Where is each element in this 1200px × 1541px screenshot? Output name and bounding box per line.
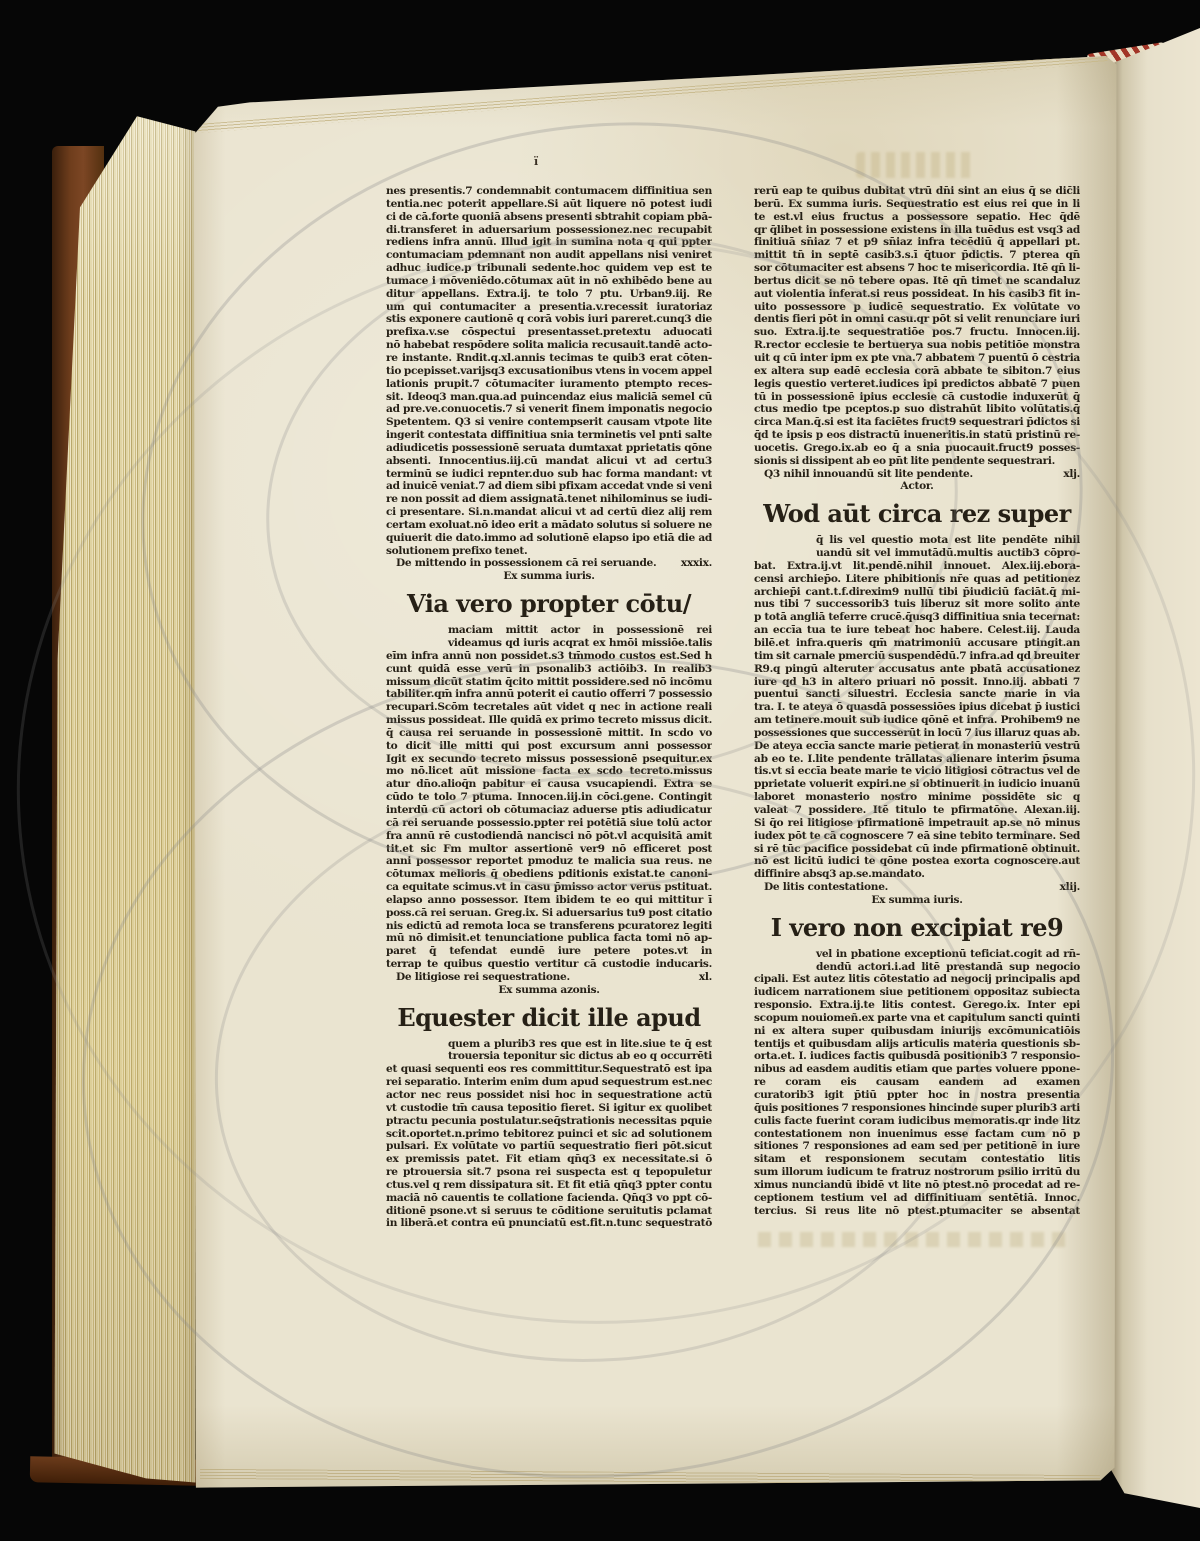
text-line: iudex pōt te cā cognoscere 7 eā sine teb… xyxy=(754,830,1080,843)
text-line: re coram eis causam eandem ad examen ap.… xyxy=(754,1076,1080,1089)
text-line: te est.vl eius fructus a possessore sepa… xyxy=(754,211,1080,224)
text-line: vel in pbatione exceptionū teficiat.cogi… xyxy=(754,948,1080,961)
text-line: iure qd h3 in altero priuari nō possit. … xyxy=(754,676,1080,689)
text-line: cā rei seruande possessio.ppter rei potē… xyxy=(386,817,712,830)
text-line: tra. I. te ateya ō quasdā possessiōes ip… xyxy=(754,701,1080,714)
chapter-rubric: De litigiose rei sequestratione.xl. xyxy=(386,971,712,984)
text-line: censi archiep̄o. Litere phibitionis nr̄e… xyxy=(754,573,1080,586)
text-line: culis facte fuerint coram iudicibus memo… xyxy=(754,1115,1080,1128)
text-line: maciā nō cauentis te collatione facienda… xyxy=(386,1192,712,1205)
text-line: scit.oportet.n.primo tebitorez puinci et… xyxy=(386,1128,712,1141)
text-line: terminū se iudici repnter.duo sub hac fo… xyxy=(386,468,712,481)
text-line: nō habebat respōdere solita malicia recu… xyxy=(386,339,712,352)
text-line: finitiuā sn̄iaz 7 et p9 sn̄iaz infra tec… xyxy=(754,236,1080,249)
text-line: ceptionem testium vel ad diffinitiuam se… xyxy=(754,1192,1080,1205)
text-line: bertus dicit se nō tebere opas. Itē qn̄ … xyxy=(754,275,1080,288)
text-line: dentis fieri pōt in omni casu.qr pōt si … xyxy=(754,313,1080,326)
text-line: circa Man.q̄.si est ita faciētes fruct9 … xyxy=(754,416,1080,429)
facing-page-sliver xyxy=(1110,28,1200,1508)
text-line: De ateya eccīa sancte marie petierat in … xyxy=(754,740,1080,753)
text-line: paret q̄ tefendat eundē iure petere pote… xyxy=(386,945,712,958)
show-through-ghost-bottom xyxy=(758,1232,1070,1247)
rubric-number: xl. xyxy=(699,971,712,984)
text-line: trouersia teponitur sic dictus ab eo q o… xyxy=(386,1050,712,1063)
chapter-heading: Wod aūt circa rez super xyxy=(754,494,1080,534)
source-line: Ex summa iuris. xyxy=(386,570,712,583)
text-line: contumaciam pdemnant non audit appellans… xyxy=(386,249,712,262)
source-line: Ex summa azonis. xyxy=(386,984,712,997)
text-line: tentia.nec poterit appellare.Si aūt liqu… xyxy=(386,198,712,211)
text-line: cūdo te tolo 7 ptuma. Innocen.iij.in cōc… xyxy=(386,791,712,804)
text-line: vt custodie tm̄ causa tepositio fieret. … xyxy=(386,1102,712,1115)
text-line: tercius. Si reus lite nō ptest.ptumacite… xyxy=(754,1205,1080,1218)
text-line: dendū actori.i.ad litē prestandā sup neg… xyxy=(754,961,1080,974)
text-line: atur dn̄o.alioq̄n pabitur ei causa vsuca… xyxy=(386,778,712,791)
text-line: interdū cū actori ob cōtumaciaz aduerse … xyxy=(386,804,712,817)
text-line: tū in possessionē ipius ecclesie cā cust… xyxy=(754,391,1080,404)
photograph-of-open-book: ï nes presentis.7 condemnabit contumacem… xyxy=(0,0,1200,1541)
chapter-rubric: De litis contestatione.xlij. xyxy=(754,881,1080,894)
text-line: tumace i mōveniēdo.cōtumax aūt in nō exh… xyxy=(386,275,712,288)
text-line: nes presentis.7 condemnabit contumacem d… xyxy=(386,185,712,198)
text-line: cipali. Est autez litis cōtestatio ad ne… xyxy=(754,973,1080,986)
text-line: nis edictū ad remota loca se transferens… xyxy=(386,920,712,933)
text-line: re instante. Rndit.q.xl.annis tecimas te… xyxy=(386,352,712,365)
text-line: ptractu pecunia postulatur.seq̄strationi… xyxy=(386,1115,712,1128)
text-line: ci presentare. Si.n.mandat alicui vt ad … xyxy=(386,506,712,519)
text-line: q̄d te ipsis p eos distractū inueneritis… xyxy=(754,429,1080,442)
text-line: ca equitate scimus.vt in casu p̄misso ac… xyxy=(386,881,712,894)
signature-mark: ï xyxy=(534,156,539,167)
rubric-text: Q3 nihil innouandū sit lite pendente. xyxy=(764,468,973,481)
text-line: q̄uis positiones 7 responsiones hincinde… xyxy=(754,1102,1080,1115)
text-line: um qui contumaciter a presentia.v.recess… xyxy=(386,301,712,314)
text-line: ex premissis patet. Fit etiam qn̄q3 ex n… xyxy=(386,1153,712,1166)
text-line: laboret monasterio nostro minime possidē… xyxy=(754,791,1080,804)
text-line: ctus medio tpe pceptos.p suo distrahūt l… xyxy=(754,403,1080,416)
text-line: tit.et sic Fm multor assertionē ver9 nō … xyxy=(386,843,712,856)
text-line: cōtumax melioris q̄ obediens pditionis e… xyxy=(386,868,712,881)
text-line: responsio. Extra.ij.te litis contest. Ge… xyxy=(754,999,1080,1012)
text-line: ab eo te. I.lite pendente trāllatas alie… xyxy=(754,753,1080,766)
text-line: R9.q pingū alteruter accusatus ante pbat… xyxy=(754,663,1080,676)
text-line: solutionem prefixo tenet. xyxy=(386,545,712,558)
text-line: an eccīa tua te iure tebeat hoc habere. … xyxy=(754,624,1080,637)
text-line: q̄ lis vel questio mota est lite pendēte… xyxy=(754,534,1080,547)
text-line: et quasi sequenti eos res committitur.Se… xyxy=(386,1063,712,1076)
text-line: poss.cā rei seruan. Greg.ix. Si aduersar… xyxy=(386,907,712,920)
text-line: mo nō.licet aūt missione facta ex scdo t… xyxy=(386,765,712,778)
text-line: ad inuicē veniat.7 ad diem sibi pfixam a… xyxy=(386,480,712,493)
text-line: pulsari. Ex volūtate vo partiū sequestra… xyxy=(386,1140,712,1153)
text-line: to dicit ille mitti qui post excursum an… xyxy=(386,740,712,753)
text-line: ad pre.ve.conuocetis.7 si venerit finem … xyxy=(386,403,712,416)
text-line: fra annū rē custodiendā nancisci nō pōt.… xyxy=(386,830,712,843)
text-line: certam exoluat.nō ideo erit a mādato sol… xyxy=(386,519,712,532)
text-line: bilē.et infra.queris qm̄ matrimoniū accu… xyxy=(754,637,1080,650)
text-line: tim sit carnale pmerciū suspendēdū.7 inf… xyxy=(754,650,1080,663)
text-line: Igit ex secundo tecreto missus possessio… xyxy=(386,753,712,766)
sheet-edges-top xyxy=(198,54,1108,133)
text-line: re non possit ad diem assignatā.tenet ni… xyxy=(386,493,712,506)
text-line: iudicem narrationem siue petitionem oppo… xyxy=(754,986,1080,999)
text-line: ditionē psone.vt si seruus te cōditione … xyxy=(386,1205,712,1218)
text-line: sor cōtumaciter est absens 7 hoc te mise… xyxy=(754,262,1080,275)
text-line: elapso anno possessor. Item ibidem te eo… xyxy=(386,894,712,907)
text-line: mū nō dimisit.et tenunciatione publica f… xyxy=(386,932,712,945)
text-line: ditur appellans. Extra.ij. te tolo 7 ptu… xyxy=(386,288,712,301)
text-line: uandū sit vel immutādū.multis auctib3 cō… xyxy=(754,547,1080,560)
text-line: sitiones 7 responsiones ad eam sed per p… xyxy=(754,1140,1080,1153)
rubric-number: xxxix. xyxy=(681,557,712,570)
text-line: scopum nouiomeñ.ex parte vna et capitulu… xyxy=(754,1012,1080,1025)
chapter-heading: Equester dicit ille apud xyxy=(386,998,712,1038)
text-line: R.rector ecclesie te bertuerya sua nobis… xyxy=(754,339,1080,352)
text-line: tabiliter.qm̄ infra annū poterit ei caut… xyxy=(386,688,712,701)
text-line: suo. Extra.ij.te sequestratiōe pos.7 fru… xyxy=(754,326,1080,339)
text-line: maciam mittit actor in possessionē rei s… xyxy=(386,624,712,637)
text-line: di.transferet in aduersarium possessione… xyxy=(386,224,712,237)
text-line: curatorib3 igit p̄tiū ppter hoc in nostr… xyxy=(754,1089,1080,1102)
text-line: adhuc iudice.p tribunali sedente.hoc qui… xyxy=(386,262,712,275)
text-line: tentijs et quibusdam alijs articulis mat… xyxy=(754,1038,1080,1051)
text-line: aut violentia inferat.si reus possideat.… xyxy=(754,288,1080,301)
text-line: in liberā.et contra eū pnunciatū est.fit… xyxy=(386,1217,712,1230)
text-line: si rē tūc pacifice possidebat cū inde pf… xyxy=(754,843,1080,856)
chapter-rubric: Q3 nihil innouandū sit lite pendente.xlj… xyxy=(754,468,1080,481)
text-line: ctus.vel q rem dissipatura sit. Et fit e… xyxy=(386,1179,712,1192)
text-line: contestationem non inuenimus esse factam… xyxy=(754,1128,1080,1141)
text-line: ni ex altera super quibusdam iniurijs ex… xyxy=(754,1025,1080,1038)
text-line: uocetis. Grego.ix.ab eo q̄ a snia puocau… xyxy=(754,442,1080,455)
rubric-number: xlj. xyxy=(1063,468,1080,481)
chapter-heading: Via vero propter cōtu/ xyxy=(386,584,712,624)
text-line: recupari.Scōm tecretales aūt videt q nec… xyxy=(386,701,712,714)
text-line: puentui sancti siluestri. Ecclesia sanct… xyxy=(754,688,1080,701)
text-line: legis questio verteret.iudices ipi predi… xyxy=(754,378,1080,391)
text-line: tis.vt si eccīa beate marie te vicio lit… xyxy=(754,765,1080,778)
show-through-ghost-top xyxy=(856,152,974,178)
text-line: videamus qd iuris acqrat ex hmōi missiōe… xyxy=(386,637,712,650)
text-line: sum illorum iudicum te fratruz nostrorum… xyxy=(754,1166,1080,1179)
text-line: qr q̄libet in possessione existens in il… xyxy=(754,224,1080,237)
text-line: missum dicūt statim q̄cito mittit possid… xyxy=(386,676,712,689)
text-line: valeat 7 possidere. Itē titulo te pfirma… xyxy=(754,804,1080,817)
chapter-heading: I vero non excipiat re9 xyxy=(754,908,1080,948)
source-line: Actor. xyxy=(754,480,1080,493)
text-line: nus tibi 7 successorib3 tuis liberuz sit… xyxy=(754,598,1080,611)
text-line: quem a plurib3 res que est in lite.siue … xyxy=(386,1038,712,1051)
text-line: archiep̄i cant.t.f.direxim9 nullū tibi p… xyxy=(754,586,1080,599)
text-line: sionis si dissipent ab eo pn̄t lite pend… xyxy=(754,455,1080,468)
text-line: Spetentem. Q3 si venire contempserit cau… xyxy=(386,416,712,429)
source-line: Ex summa iuris. xyxy=(754,894,1080,907)
text-line: sitam et responsionem secutam contestati… xyxy=(754,1153,1080,1166)
text-column-right: rerū eap te quibus dubitat vtrū dn̄i sin… xyxy=(754,185,1080,1217)
text-line: re ptrouersia sit.7 psona rei suspecta e… xyxy=(386,1166,712,1179)
text-line: sit. Ideoq3 man.qua.ad puincendaz eius m… xyxy=(386,391,712,404)
text-line: rei separatio. Interim enim dum apud seq… xyxy=(386,1076,712,1089)
text-line: terrap te quibus questio vertitur cā cus… xyxy=(386,958,712,971)
text-line: tio pcepisset.varijsq3 excusationibus vt… xyxy=(386,365,712,378)
rubric-text: De litis contestatione. xyxy=(764,881,888,894)
text-line: ingerit contestata diffinitiua snia term… xyxy=(386,429,712,442)
chapter-rubric: De mittendo in possessionem cā rei serua… xyxy=(386,557,712,570)
text-line: actor nec reus possidet nisi hoc in sequ… xyxy=(386,1089,712,1102)
text-line: uito possessore p iudicē sequestratio. E… xyxy=(754,301,1080,314)
text-line: bat. Extra.ij.vt lit.pendē.nihil innouet… xyxy=(754,560,1080,573)
text-line: missus possideat. Ille quidā ex primo te… xyxy=(386,714,712,727)
text-column-left: nes presentis.7 condemnabit contumacem d… xyxy=(386,185,712,1230)
text-line: rediens infra annū. Illud igit in sumina… xyxy=(386,236,712,249)
text-line: pprietate voluerit expiri.ne si obtinuer… xyxy=(754,778,1080,791)
text-line: anni possessor reportet pmoduz te malici… xyxy=(386,855,712,868)
text-line: berū. Ex summa iuris. Sequestratio est e… xyxy=(754,198,1080,211)
text-line: absenti. Innocentius.iij.cū mandat alicu… xyxy=(386,455,712,468)
text-line: am tetinere.mouit sub iudice qōnē et inf… xyxy=(754,714,1080,727)
text-line: stis exponere cautionē q corā vobis iuri… xyxy=(386,313,712,326)
text-line: orta.et. I. iudices factis quibusdā posi… xyxy=(754,1050,1080,1063)
printed-page: ï nes presentis.7 condemnabit contumacem… xyxy=(188,40,1122,1492)
text-line: eīm infra annū non possidet.s3 tm̄modo c… xyxy=(386,650,712,663)
text-line: nō est licitū iudici te qōne postea exor… xyxy=(754,855,1080,868)
text-line: uit q cū inter ipm ex pte vna.7 abbatem … xyxy=(754,352,1080,365)
text-line: possessiones que successerūt in locū 7 i… xyxy=(754,727,1080,740)
sheet-edges-bottom xyxy=(200,1469,1100,1485)
text-line: ximus nunciandū ibidē vt lite nō ptest.n… xyxy=(754,1179,1080,1192)
text-line: rerū eap te quibus dubitat vtrū dn̄i sin… xyxy=(754,185,1080,198)
text-line: cunt quidā esse verū in psonalib3 actiōi… xyxy=(386,663,712,676)
text-line: mittit tn̄ in septē casib3.s.ī q̄tuor p̄… xyxy=(754,249,1080,262)
text-line: ex altera sup eadē ecclesia corā abbate … xyxy=(754,365,1080,378)
text-line: quiuerit die dato.immo ad solutionē elap… xyxy=(386,532,712,545)
text-line: prefixa.v.se cōspectui presentasset.pret… xyxy=(386,326,712,339)
rubric-text: De litigiose rei sequestratione. xyxy=(396,971,570,984)
text-line: lationis prupit.7 cōtumaciter iuramento … xyxy=(386,378,712,391)
rubric-number: xlij. xyxy=(1060,881,1080,894)
text-line: adiudicetis possessionē seruata dumtaxat… xyxy=(386,442,712,455)
rubric-text: De mittendo in possessionem cā rei serua… xyxy=(396,557,656,570)
text-line: p totā angliā teferre crucē.q̄usq3 diffi… xyxy=(754,611,1080,624)
text-line: q̄ causa rei seruande in possessionē mit… xyxy=(386,727,712,740)
text-line: nibus ad easdem auditis etiam que partes… xyxy=(754,1063,1080,1076)
text-line: Si q̄o rei litigiose pfirmationē impetra… xyxy=(754,817,1080,830)
text-line: ci de cā.forte quoniā absens presenti sb… xyxy=(386,211,712,224)
text-line: diffinire absq3 ap.se.mandato. xyxy=(754,868,1080,881)
